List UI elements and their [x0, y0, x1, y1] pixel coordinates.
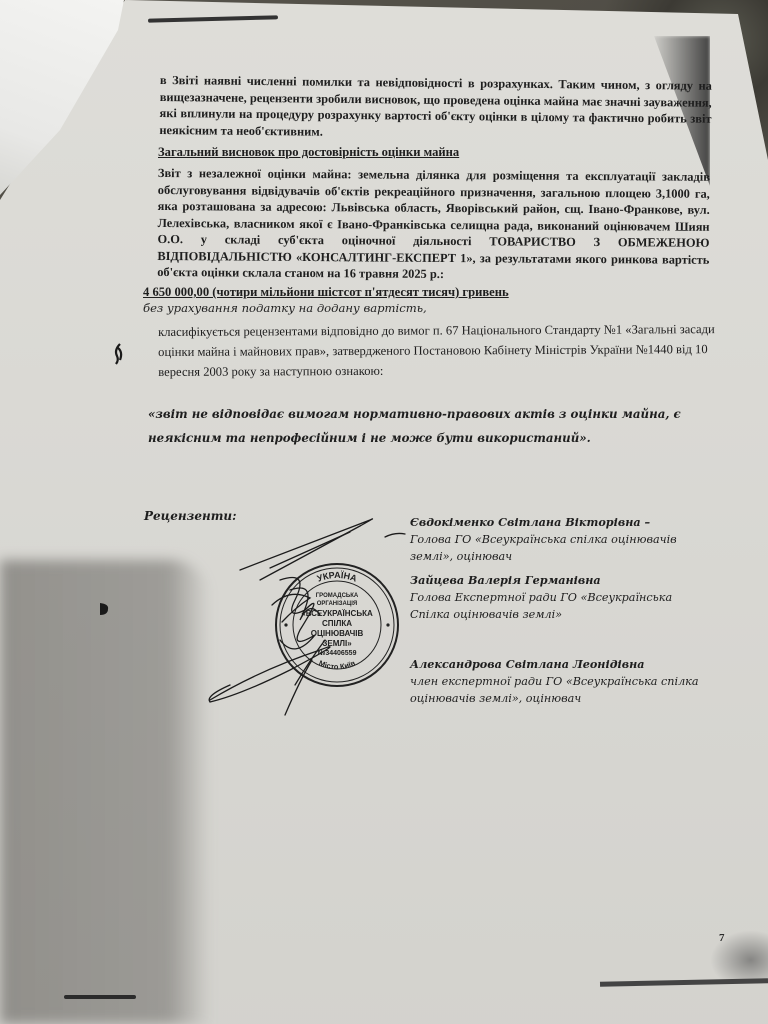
reviewer-name: Євдокіменко Світлана Вікторівна – [410, 514, 710, 531]
reviewer-name: Александрова Світлана Леонідівна [410, 656, 710, 673]
reviewer-name: Зайцева Валерія Германівна [410, 572, 710, 589]
punch-hole-icon [98, 602, 110, 616]
report-paragraph: Звіт з незалежної оцінки майна: земельна… [157, 165, 710, 284]
vat-note: без урахування податку на додану вартіст… [143, 300, 427, 317]
classification-paragraph: класифікується рецензентами відповідно д… [158, 319, 718, 382]
reviewer-1: Євдокіменко Світлана Вікторівна – Голова… [410, 514, 710, 565]
section-heading: Загальний висновок про достовірність оці… [158, 144, 459, 161]
reviewer-role: Голова Експертної ради ГО «Всеукраїнська… [410, 589, 710, 623]
reviewer-role: член експертної ради ГО «Всеукраїнська с… [410, 673, 710, 707]
scan-mark-bottom [64, 995, 136, 999]
hand-shadow [0, 560, 210, 1024]
conclusion-quote: «звіт не відповідає вимогам нормативно-п… [148, 402, 708, 450]
reviewer-3: Александрова Світлана Леонідівна член ек… [410, 656, 710, 707]
valuation-amount: 4 650 000,00 (чотири мільйони шістсот п'… [143, 284, 509, 301]
handwritten-signatures [200, 510, 440, 720]
reviewer-2: Зайцева Валерія Германівна Голова Експер… [410, 572, 710, 623]
page-number: 7 [719, 932, 725, 944]
intro-paragraph: в Звіті наявні численні помилки та невід… [159, 72, 712, 144]
reviewer-role: Голова ГО «Всеукраїнська спілка оцінювач… [410, 531, 710, 565]
punch-hole-icon [112, 342, 126, 366]
